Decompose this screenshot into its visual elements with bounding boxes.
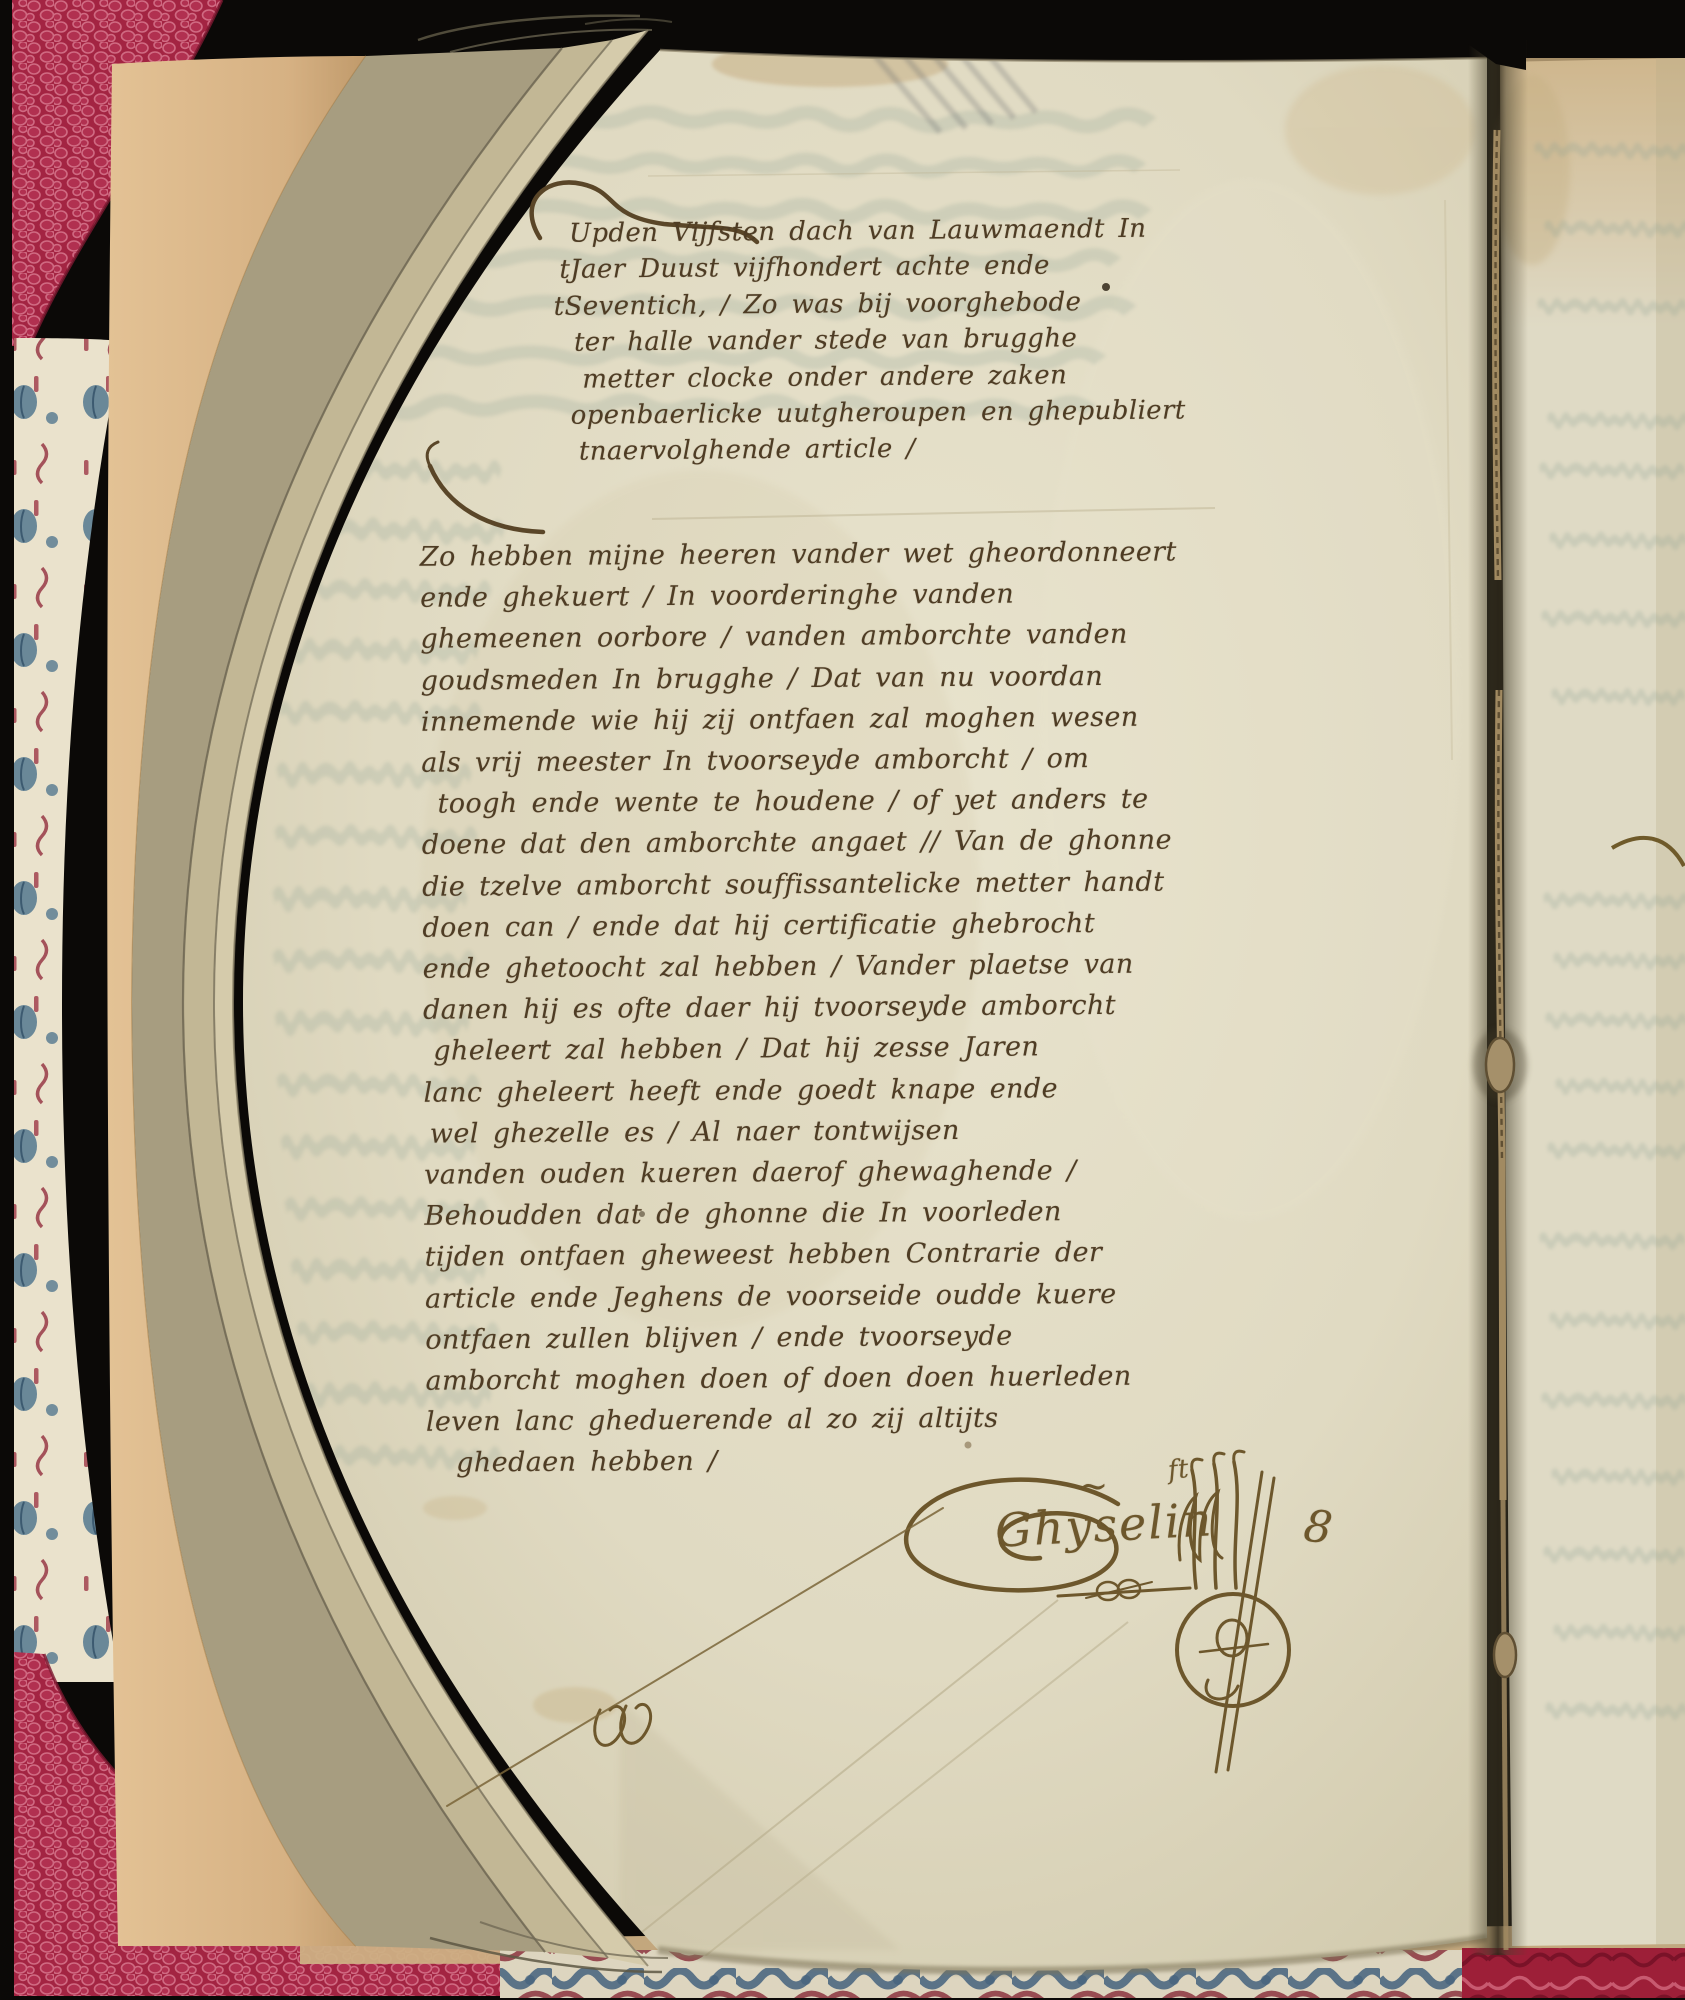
manuscript-photo: Upden Vijfsten dach van Lauwmaendt In tJ… (0, 0, 1685, 2000)
text-line: Zo hebben mijne heeren vander wet gheord… (420, 531, 1200, 578)
text-line: openbaerlicke uutgheroupen en ghepublier… (570, 392, 1200, 434)
opening-paragraph: Upden Vijfsten dach van Lauwmaendt In tJ… (569, 210, 1201, 470)
text-line: ontfaen zullen blijven / ende tvoorseyde (425, 1314, 1205, 1361)
text-line: ter halle vander stede van brugghe (574, 319, 1200, 361)
text-line: danen hij es ofte daer hij tvoorseyde am… (423, 985, 1203, 1032)
ordinance-paragraph: Zo hebben mijne heeren vander wet gheord… (420, 531, 1207, 1484)
text-line: tijden ontfaen gheweest hebben Contrarie… (425, 1232, 1205, 1279)
binding-knot-lower (1494, 1633, 1516, 1677)
signature-tilde: ~ (1078, 1466, 1109, 1507)
text-line: doen can / ende dat hij certificatie ghe… (422, 902, 1202, 949)
text-line: leven lanc gheduerende al zo zij altijts (426, 1397, 1206, 1444)
text-line: ende ghekuert / In voorderinghe vanden (420, 572, 1200, 619)
bottom-crimson-strip (1462, 1948, 1685, 1998)
binding-knot (1486, 1038, 1514, 1092)
text-line: doene dat den amborchte angaet // Van de… (422, 820, 1202, 867)
text-line: vanden ouden kueren daerof ghewaghende / (424, 1149, 1204, 1196)
text-line: innemende wie hij zij ontfaen zal moghen… (421, 696, 1201, 743)
text-line: gheleert zal hebben / Dat hij zesse Jare… (433, 1026, 1203, 1073)
signature-superscript: ft (1166, 1454, 1190, 1486)
text-line: toogh ende wente te houdene / of yet and… (437, 779, 1201, 826)
text-line: ghemeenen oorbore / vanden amborchte van… (420, 614, 1200, 661)
text-line: die tzelve amborcht souffissantelicke me… (422, 861, 1202, 908)
text-line: ende ghetoocht zal hebben / Vander plaet… (423, 943, 1203, 990)
gutter (1468, 0, 1528, 1955)
text-line: lanc gheleert heeft ende goedt knape end… (423, 1067, 1203, 1114)
text-line: wel ghezelle es / Al naer tontwijsen (430, 1108, 1204, 1155)
binding-cord-upper (1495, 130, 1498, 580)
text-line: tSeventich, / Zo was bij voorghebode (554, 283, 1200, 325)
text-line: als vrij meester In tvoorseyde amborcht … (421, 737, 1201, 784)
text-line: article ende Jeghens de voorseide oudde … (425, 1273, 1205, 1320)
text-line: Upden Vijfsten dach van Lauwmaendt In (569, 210, 1199, 252)
text-line: tJaer Duust vijfhondert achte ende (559, 247, 1199, 289)
text-line: metter clocke onder andere zaken (582, 356, 1200, 398)
text-line: goudsmeden In brugghe / Dat van nu voord… (421, 655, 1201, 702)
text-line: tnaervolghende article / (579, 429, 1201, 471)
text-line: amborcht moghen doen of doen doen huerle… (425, 1355, 1205, 1402)
text-line: Behoudden dat de ghonne die In voorleden (424, 1191, 1204, 1238)
